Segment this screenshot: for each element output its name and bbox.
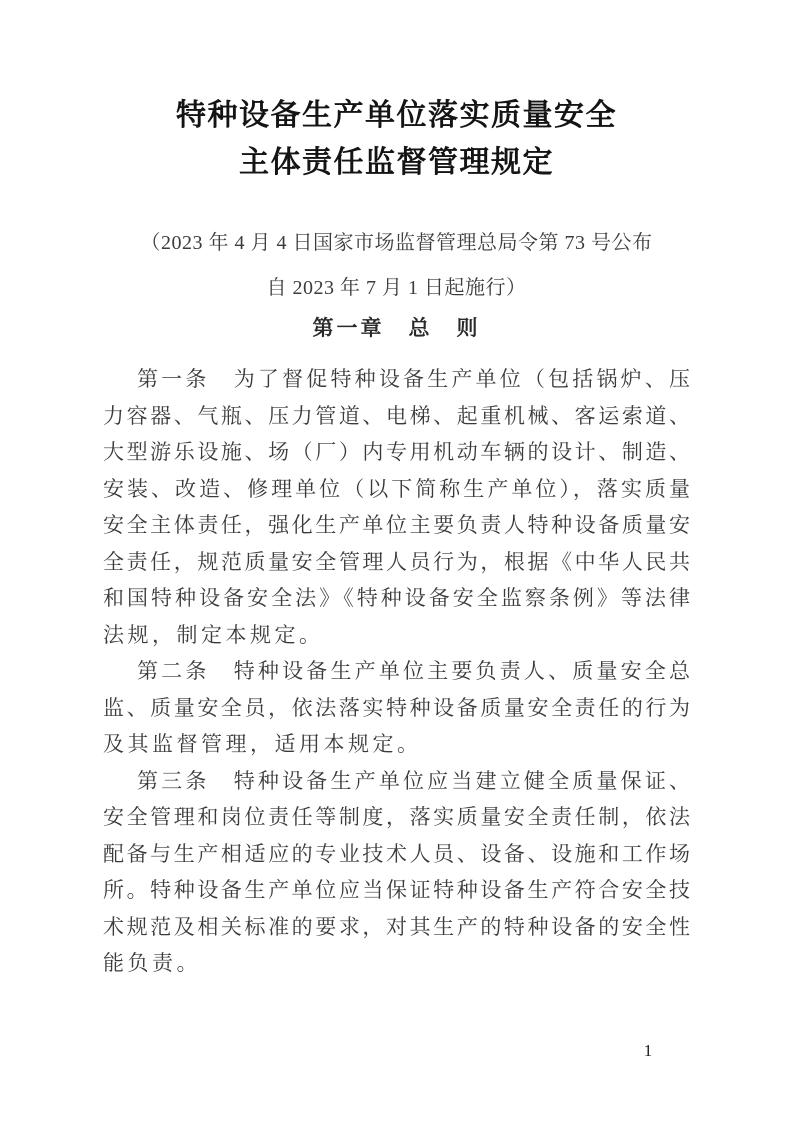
body-text: 第一条 为了督促特种设备生产单位（包括锅炉、压 力容器、气瓶、压力管道、电梯、起… bbox=[103, 361, 691, 982]
body-line: 所。特种设备生产单位应当保证特种设备生产符合安全技 bbox=[103, 872, 691, 909]
body-line: 监、质量安全员，依法落实特种设备质量安全责任的行为 bbox=[103, 690, 691, 727]
body-line: 和国特种设备安全法》《特种设备安全监察条例》等法律 bbox=[103, 580, 691, 617]
publication-note-line-2: 自 2023 年 7 月 1 日起施行） bbox=[0, 266, 793, 311]
document-page: 特种设备生产单位落实质量安全 主体责任监督管理规定 （2023 年 4 月 4 … bbox=[0, 0, 793, 1122]
publication-note: （2023 年 4 月 4 日国家市场监督管理总局令第 73 号公布 自 202… bbox=[0, 221, 793, 311]
body-line: 第三条 特种设备生产单位应当建立健全质量保证、 bbox=[103, 763, 691, 800]
body-line: 术规范及相关标准的要求，对其生产的特种设备的安全性 bbox=[103, 909, 691, 946]
document-title: 特种设备生产单位落实质量安全 主体责任监督管理规定 bbox=[0, 92, 793, 186]
body-line: 安装、改造、修理单位（以下简称生产单位），落实质量 bbox=[103, 471, 691, 508]
body-line: 第二条 特种设备生产单位主要负责人、质量安全总 bbox=[103, 653, 691, 690]
body-line: 法规，制定本规定。 bbox=[103, 617, 691, 654]
body-line: 安全管理和岗位责任等制度，落实质量安全责任制，依法 bbox=[103, 799, 691, 836]
body-line: 及其监督管理，适用本规定。 bbox=[103, 726, 691, 763]
body-line: 第一条 为了督促特种设备生产单位（包括锅炉、压 bbox=[103, 361, 691, 398]
body-line: 大型游乐设施、场（厂）内专用机动车辆的设计、制造、 bbox=[103, 434, 691, 471]
page-number: 1 bbox=[598, 1041, 698, 1061]
chapter-heading: 第一章 总 则 bbox=[0, 312, 793, 342]
document-title-line-1: 特种设备生产单位落实质量安全 bbox=[0, 92, 793, 139]
body-line: 能负责。 bbox=[103, 945, 691, 982]
body-line: 力容器、气瓶、压力管道、电梯、起重机械、客运索道、 bbox=[103, 398, 691, 435]
publication-note-line-1: （2023 年 4 月 4 日国家市场监督管理总局令第 73 号公布 bbox=[0, 221, 793, 266]
body-line: 全责任，规范质量安全管理人员行为，根据《中华人民共 bbox=[103, 544, 691, 581]
body-line: 安全主体责任，强化生产单位主要负责人特种设备质量安 bbox=[103, 507, 691, 544]
body-line: 配备与生产相适应的专业技术人员、设备、设施和工作场 bbox=[103, 836, 691, 873]
document-title-line-2: 主体责任监督管理规定 bbox=[0, 139, 793, 186]
